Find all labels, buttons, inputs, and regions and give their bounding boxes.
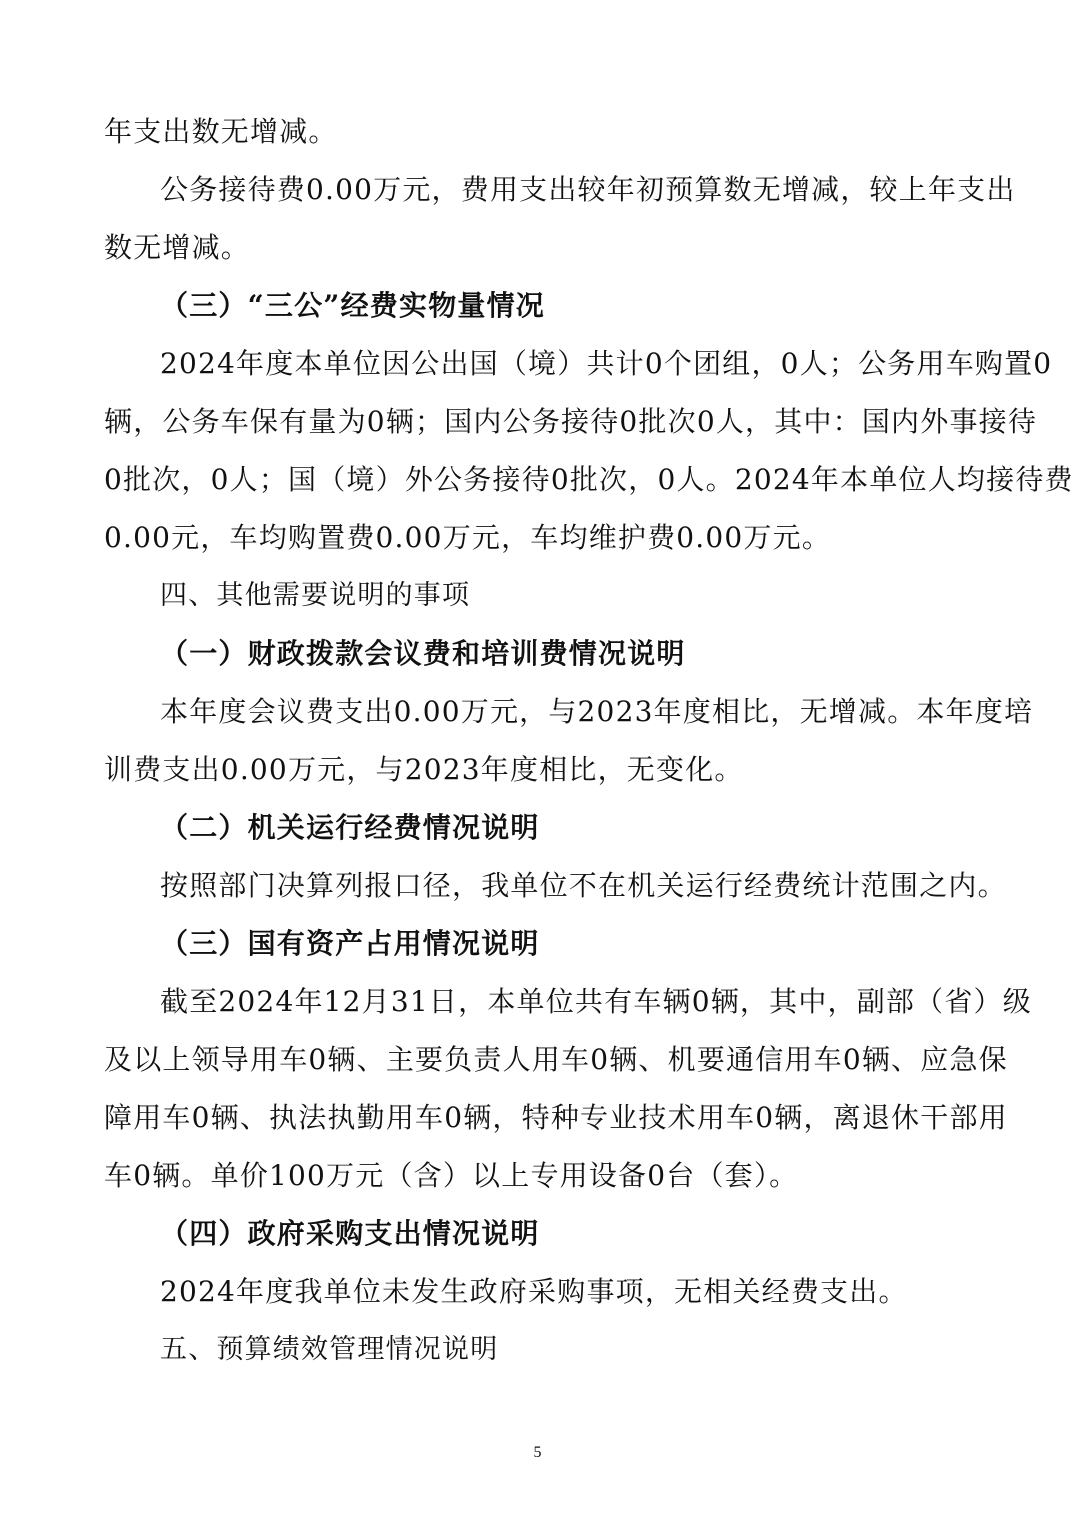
- body-text-line: 训费支出0.00万元，与2023年度相比，无变化。: [104, 752, 974, 788]
- subsection-heading: （二）机关运行经费情况说明: [160, 810, 1030, 846]
- body-text-line: 2024年度本单位因公出国（境）共计0个团组，0人；公务用车购置0: [160, 346, 974, 382]
- body-text-line: 0.00元，车均购置费0.00万元，车均维护费0.00万元。: [104, 520, 974, 556]
- body-text-line: 本年度会议费支出0.00万元，与2023年度相比，无增减。本年度培: [160, 694, 974, 730]
- subsection-heading: （一）财政拨款会议费和培训费情况说明: [160, 636, 1030, 672]
- body-text-line: 截至2024年12月31日，本单位共有车辆0辆，其中，副部（省）级: [160, 984, 974, 1020]
- body-text-line: 障用车0辆、执法执勤用车0辆，特种专业技术用车0辆，离退休干部用: [104, 1100, 974, 1136]
- subsection-heading: （三）“三公”经费实物量情况: [160, 288, 1030, 324]
- body-text-line: 辆，公务车保有量为0辆；国内公务接待0批次0人，其中：国内外事接待: [104, 404, 974, 440]
- page-number: 5: [0, 1443, 1075, 1463]
- section-heading: 四、其他需要说明的事项: [160, 578, 1030, 614]
- body-text-line: 2024年度我单位未发生政府采购事项，无相关经费支出。: [160, 1274, 974, 1310]
- subsection-heading: （三）国有资产占用情况说明: [160, 926, 1030, 962]
- body-text-line: 年支出数无增减。: [104, 114, 974, 150]
- section-heading: 五、预算绩效管理情况说明: [160, 1332, 1030, 1368]
- document-page: 年支出数无增减。 公务接待费0.00万元，费用支出较年初预算数无增减，较上年支出…: [0, 0, 1075, 1520]
- body-text-line: 及以上领导用车0辆、主要负责人用车0辆、机要通信用车0辆、应急保: [104, 1042, 974, 1078]
- body-text-line: 车0辆。单价100万元（含）以上专用设备0台（套）。: [104, 1158, 974, 1194]
- body-text-line: 按照部门决算列报口径，我单位不在机关运行经费统计范围之内。: [160, 868, 974, 904]
- subsection-heading: （四）政府采购支出情况说明: [160, 1216, 1030, 1252]
- body-text-line: 0批次，0人；国（境）外公务接待0批次，0人。2024年本单位人均接待费: [104, 462, 974, 498]
- body-text-line: 公务接待费0.00万元，费用支出较年初预算数无增减，较上年支出: [160, 172, 974, 208]
- body-text-line: 数无增减。: [104, 230, 974, 266]
